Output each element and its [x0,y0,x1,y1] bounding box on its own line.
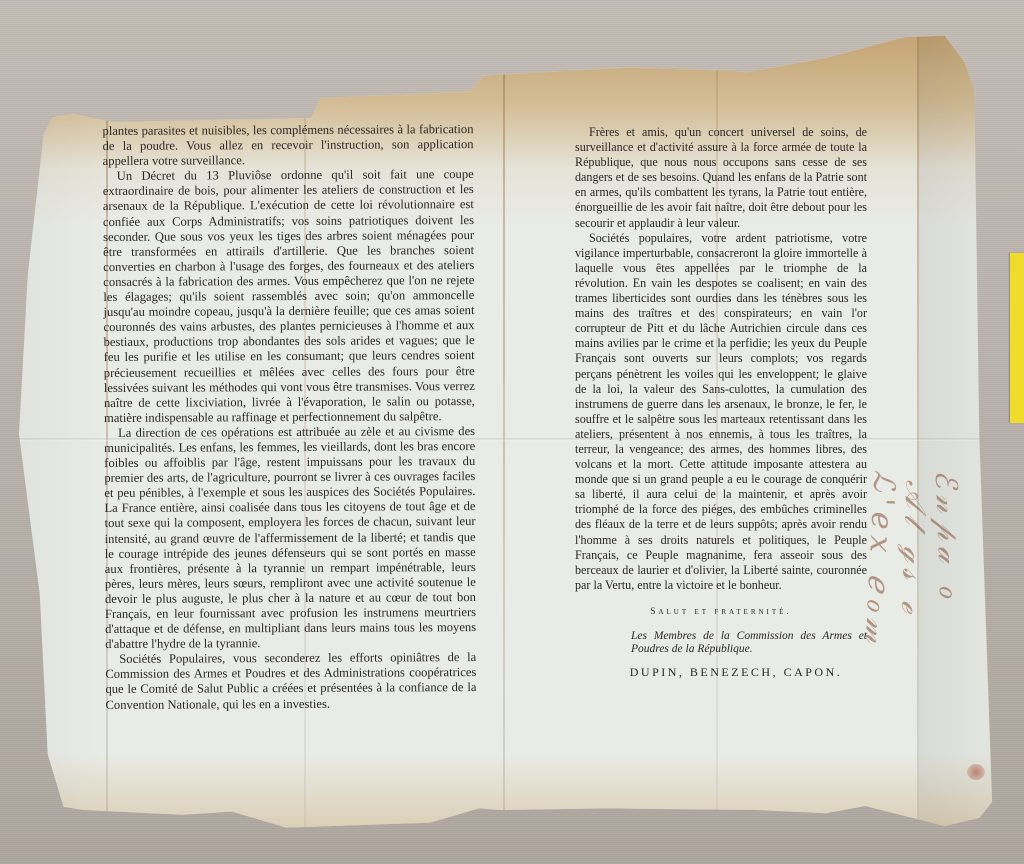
left-paragraph-3: La direction de ces opérations est attri… [104,424,476,652]
vertical-fold-center [503,34,505,834]
left-paragraph-2: Un Décret du 13 Pluviôse ordonne qu'il s… [103,167,475,426]
left-paragraph-4: Sociétés Populaires, vous seconderez les… [105,650,476,712]
yellow-sticky-note [1010,253,1024,423]
vertical-fold-right [917,34,919,834]
closing-salutation: Salut et fraternité. [575,605,867,620]
reddish-stain [967,764,985,780]
handwritten-inscription-3: ℰ𝓃𝓅𝒶 ℴ [928,469,968,604]
left-page-text: plantes parasites et nuisibles, les comp… [102,122,476,713]
right-flap-shadow [919,34,1004,834]
commission-members-line: Les Membres de la Commission des Armes e… [575,630,867,656]
signatories: DUPIN, BENEZECH, CAPON. [575,665,867,680]
handwritten-inscription-2: 𝒜𝓁 ℊ𝓈 ℯ [894,479,934,619]
left-flap-shadow [14,34,106,834]
left-paragraph-1: plantes parasites et nuisibles, les comp… [102,122,473,169]
right-page-text: Frères et amis, qu'un concert universel … [575,125,867,680]
right-paragraph-2: Sociétés populaires, votre ardent patrio… [575,231,867,593]
right-paragraph-1: Frères et amis, qu'un concert universel … [575,125,867,231]
